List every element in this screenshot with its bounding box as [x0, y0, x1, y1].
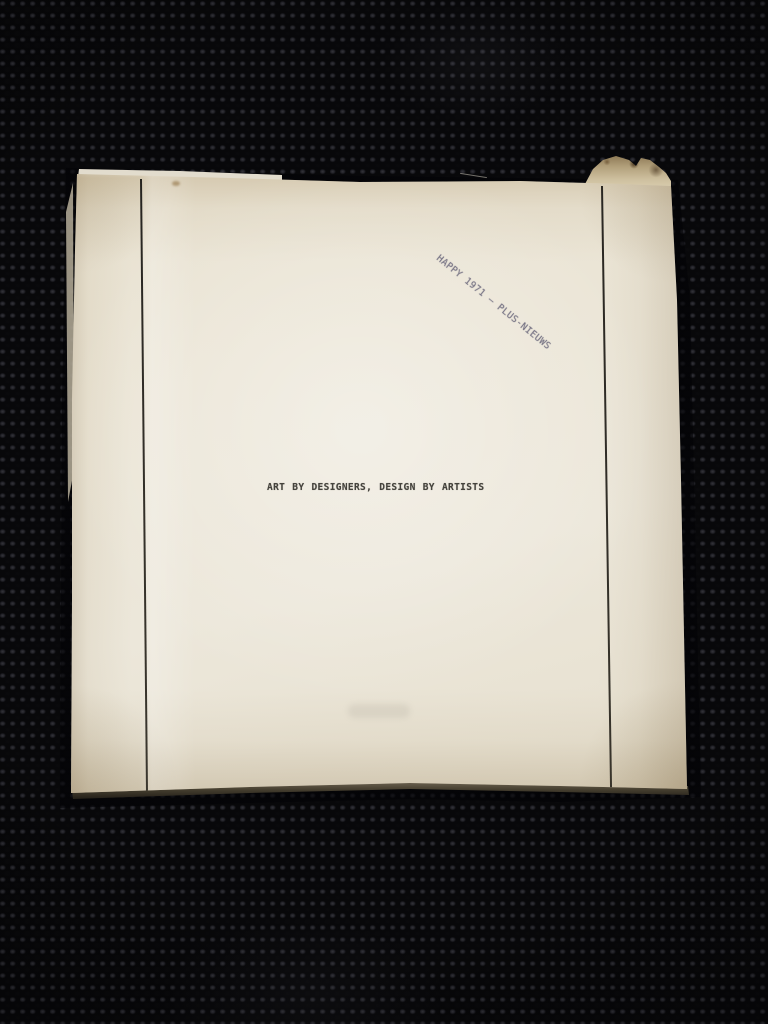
left-rule-line [140, 179, 148, 793]
right-rule-line [601, 186, 612, 789]
date-stamp: HAPPY 1971 – PLUS-NIEUWS [434, 253, 553, 352]
show-through-smudge [348, 704, 410, 718]
cover-title: ART BY DESIGNERS, DESIGN BY ARTISTS [267, 482, 484, 493]
paper-stain [172, 181, 180, 186]
photo-stage: HAPPY 1971 – PLUS-NIEUWS ART BY DESIGNER… [0, 0, 768, 1024]
